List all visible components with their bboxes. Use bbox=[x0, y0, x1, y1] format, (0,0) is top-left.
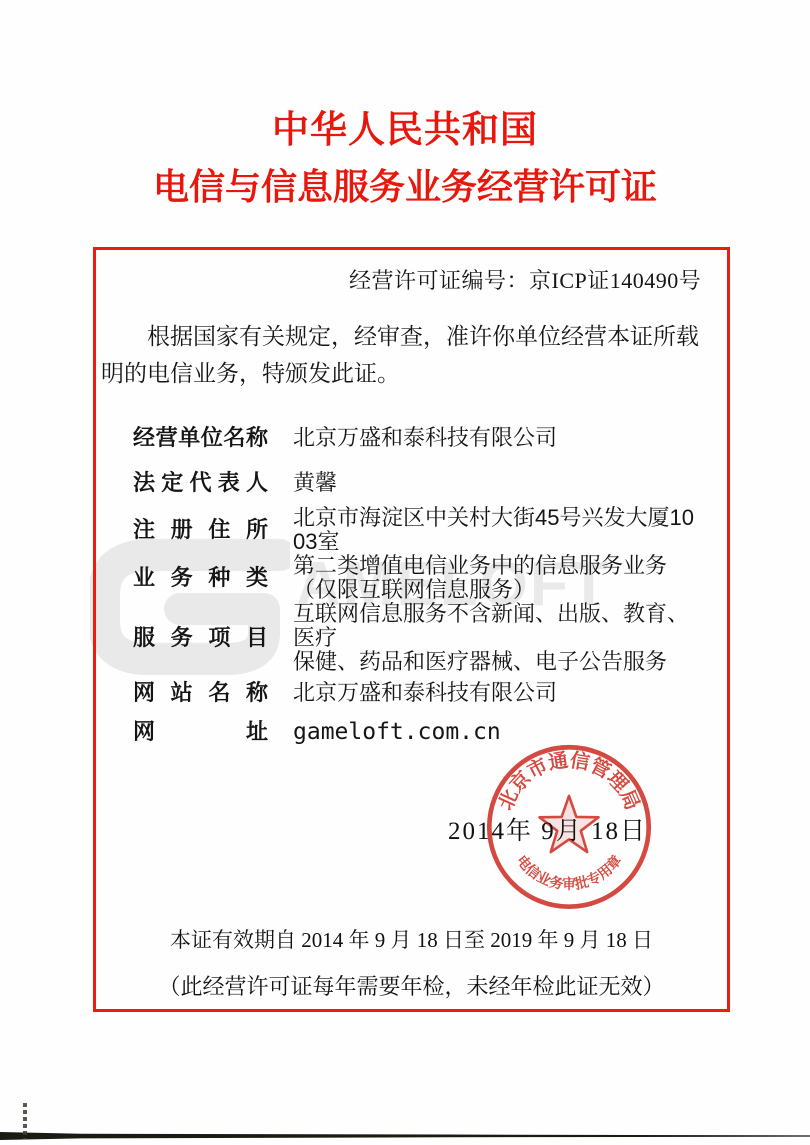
country-title: 中华人民共和国 bbox=[0, 99, 810, 153]
field-row-operator-name: 经营单位名称 北京万盛和泰科技有限公司 bbox=[133, 423, 711, 453]
field-row-service-items: 服务项目 互联网信息服务不含新闻、出版、教育、医疗 保健、药品和医疗器械、电子公… bbox=[133, 602, 711, 674]
issue-date: 2014年 9月 18日 bbox=[448, 811, 647, 847]
stamp-arc-bottom-text: 电信业务审批专用章 bbox=[514, 852, 625, 892]
license-number-line: 经营许可证编号：京ICP证140490号 bbox=[349, 264, 727, 295]
scan-line-artifact bbox=[0, 1132, 810, 1140]
scanned-license-document: 中华人民共和国 电信与信息服务业务经营许可证 AMELOFT 经营许可证编号：京… bbox=[0, 0, 810, 1145]
field-value: 北京万盛和泰科技有限公司 bbox=[293, 681, 708, 705]
field-label: 注册住所 bbox=[133, 517, 268, 543]
certificate-box: 经营许可证编号：京ICP证140490号 根据国家有关规定，经审查，准许你单位经… bbox=[93, 247, 730, 1012]
field-label: 服务项目 bbox=[133, 625, 268, 651]
field-value: 北京市海淀区中关村大街45号兴发大厦10 03室 bbox=[293, 506, 708, 554]
field-row-registered-address: 注册住所 北京市海淀区中关村大街45号兴发大厦10 03室 bbox=[133, 506, 711, 554]
license-title: 电信与信息服务业务经营许可证 bbox=[0, 159, 810, 210]
svg-text:电信业务审批专用章: 电信业务审批专用章 bbox=[514, 852, 625, 892]
field-value: 黄馨 bbox=[293, 471, 708, 495]
field-label: 网站名称 bbox=[133, 680, 268, 706]
field-value: 北京万盛和泰科技有限公司 bbox=[293, 426, 708, 450]
field-label: 经营单位名称 bbox=[133, 425, 268, 451]
field-label: 网址 bbox=[133, 719, 268, 745]
field-row-legal-representative: 法定代表人 黄馨 bbox=[133, 468, 711, 498]
fields-table: 经营单位名称 北京万盛和泰科技有限公司 法定代表人 黄馨 注册住所 北京市海淀区… bbox=[133, 423, 711, 747]
field-value: 第二类增值电信业务中的信息服务业务 （仅限互联网信息服务） bbox=[293, 554, 708, 602]
field-label: 法定代表人 bbox=[133, 470, 268, 496]
annual-check-note: （此经营许可证每年需要年检，未经年检此证无效） bbox=[96, 970, 727, 1001]
field-label: 业务种类 bbox=[133, 565, 268, 591]
intro-paragraph: 根据国家有关规定，经审查，准许你单位经营本证所载明的电信业务，特颁发此证。 bbox=[101, 318, 713, 392]
field-row-business-category: 业务种类 第二类增值电信业务中的信息服务业务 （仅限互联网信息服务） bbox=[133, 554, 711, 602]
field-row-website-name: 网站名称 北京万盛和泰科技有限公司 bbox=[133, 678, 711, 708]
validity-line: 本证有效期自 2014 年 9 月 18 日至 2019 年 9 月 18 日 bbox=[96, 924, 727, 954]
scan-mark-artifact bbox=[23, 1103, 27, 1139]
field-value: 互联网信息服务不含新闻、出版、教育、医疗 保健、药品和医疗器械、电子公告服务 bbox=[293, 602, 708, 674]
